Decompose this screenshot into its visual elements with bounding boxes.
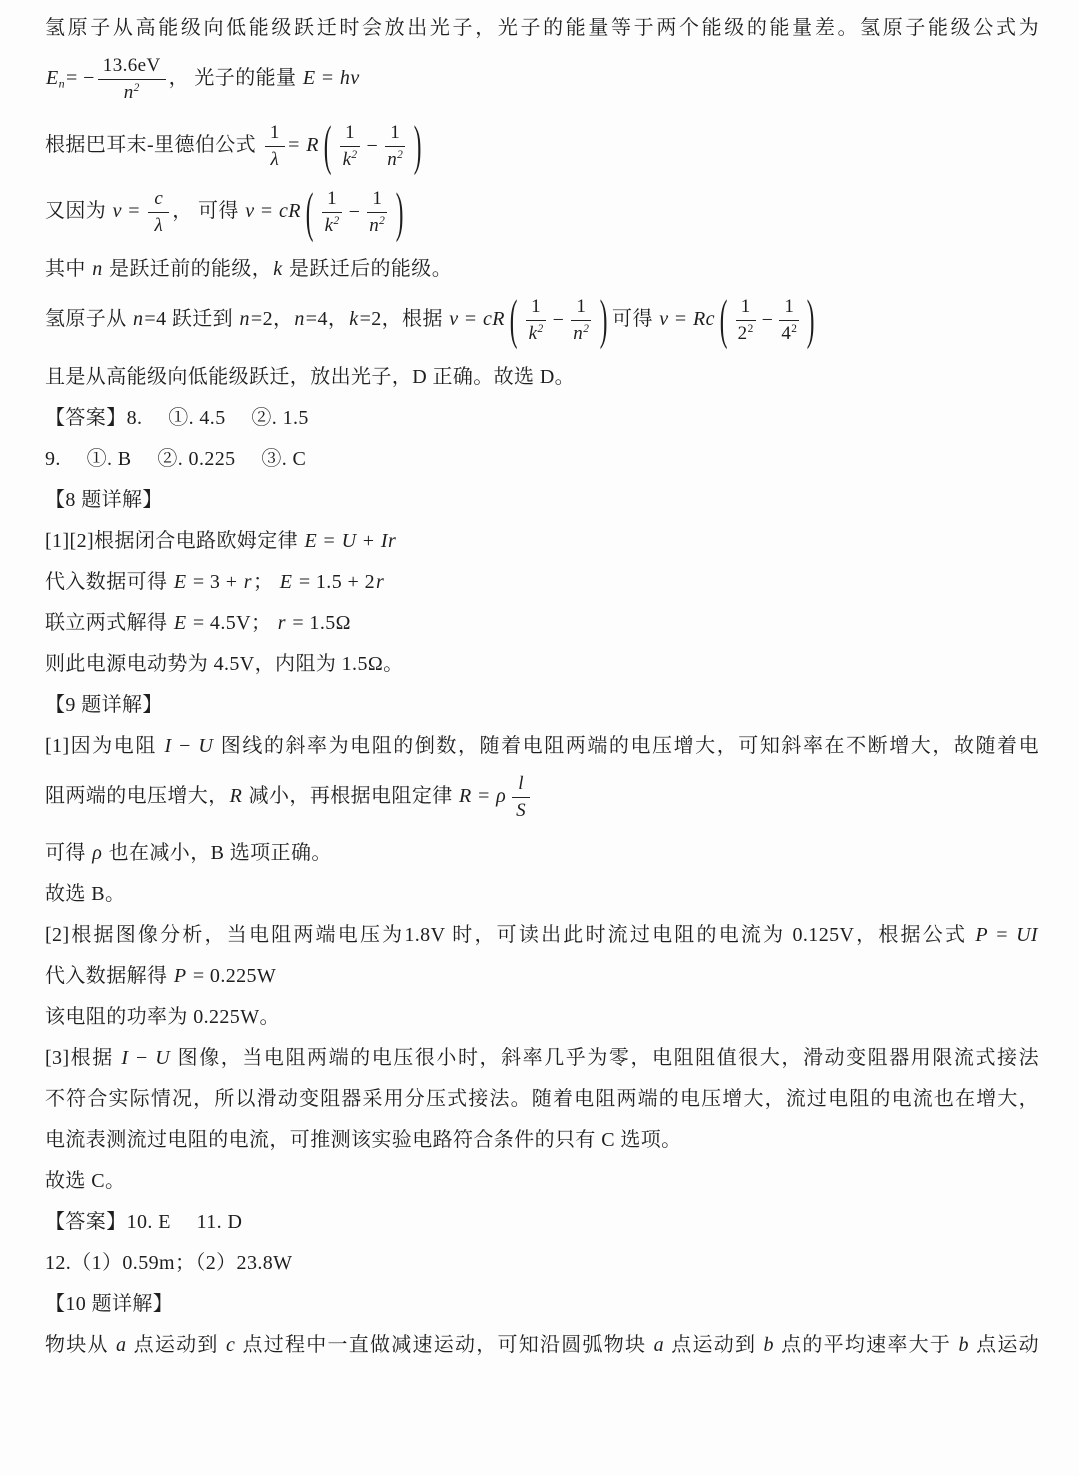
text-run: = − [66, 67, 95, 89]
text-run: = 4.5V； [187, 612, 276, 634]
right-paren-icon: ) [598, 293, 610, 348]
text-run: 代入数据解得 [45, 965, 173, 987]
formula-balmer-rydberg: 根据巴耳末-里德伯公式 1λ= R(1k2−1n2) [45, 122, 1039, 171]
text-run: 阻两端的电压增大， [45, 785, 229, 807]
text-run: 【8 题详解】 [45, 489, 163, 511]
math-variable: ν [244, 200, 255, 222]
math-variable: U [197, 735, 214, 757]
paren-content: 1k2−1n2 [334, 122, 413, 171]
fraction-numerator: 1 [322, 188, 342, 213]
math-variable: ρ [495, 785, 507, 807]
text-run: 则此电源电动势为 4.5V，内阻为 1.5Ω。 [45, 653, 404, 675]
text-run: 氢原子从 [45, 308, 132, 330]
answer-9: 9. ①. B ②. 0.225 ③. C [45, 445, 1039, 474]
text-run: 1 [345, 122, 355, 143]
text-run: =2， [251, 308, 293, 330]
superscript: 2 [134, 82, 140, 94]
superscript: 2 [748, 323, 754, 335]
math-variable: E [303, 530, 318, 552]
text-run: = [288, 134, 305, 156]
math-variable: Ir [380, 530, 397, 552]
text-run: 1 [372, 188, 382, 209]
text-run: =4， [306, 308, 348, 330]
math-variable: n [239, 308, 251, 330]
answer-12: 12.（1）0.59m；（2）23.8W [45, 1249, 1039, 1278]
math-variable: En [45, 67, 66, 89]
text-run: 故选 B。 [45, 883, 125, 905]
right-paren-icon: ) [394, 185, 406, 240]
text-run: + [357, 530, 379, 552]
math-variable: r [277, 612, 287, 634]
answer-8: 【答案】8. ①. 4.5 ②. 1.5 [45, 404, 1039, 433]
fraction-denominator: 42 [776, 321, 802, 345]
text-run: = [123, 200, 145, 222]
para-iu-slope-1: [1]因为电阻 I − U 图线的斜率为电阻的倒数，随着电阻两端的电压增大，可知… [45, 732, 1039, 761]
math-variable: R [305, 134, 320, 156]
para-conclusion-d: 且是从高能级向低能级跃迁，放出光子，D 正确。故选 D。 [45, 363, 1039, 392]
fraction-denominator: n2 [118, 80, 146, 104]
fraction: 1n2 [381, 122, 409, 171]
fraction-numerator: 1 [385, 122, 405, 147]
fraction: cλ [148, 188, 169, 237]
text-run: = [989, 924, 1015, 946]
text-run: 22 [738, 323, 754, 344]
text-run: 【答案】8. ①. 4.5 ②. 1.5 [45, 407, 309, 429]
text-run: = [316, 67, 338, 89]
formula-frequency: 又因为 ν = cλ， 可得 ν = cR(1k2−1n2) [45, 188, 1039, 237]
text-run: 点过程中一直做减速运动，可知沿圆弧物块 [236, 1334, 652, 1356]
text-run: 其中 [45, 258, 91, 280]
math-variable: b [763, 1334, 775, 1356]
text-run: 点运动 [970, 1334, 1039, 1356]
text-run: 也在减小，B 选项正确。 [103, 842, 332, 864]
math-variable: hν [339, 67, 361, 89]
fraction-denominator: S [510, 798, 532, 822]
math-variable: k2 [528, 323, 545, 344]
para-emf-result: 则此电源电动势为 4.5V，内阻为 1.5Ω。 [45, 650, 1039, 679]
fraction-numerator: l [512, 773, 530, 798]
para-circuit-1: [3]根据 I − U 图像，当电阻两端的电压很小时，斜率几乎为零，电阻阻值很大… [45, 1044, 1039, 1073]
text-run: [3]根据 [45, 1047, 120, 1069]
text-run: [1]因为电阻 [45, 735, 164, 757]
fraction-denominator: n2 [567, 321, 595, 345]
fraction: 1λ [264, 122, 285, 171]
superscript: 2 [538, 323, 544, 335]
superscript: 2 [583, 323, 589, 335]
paren-group: (1k2−1n2) [508, 296, 610, 345]
text-run: 图像，当电阻两端的电压很小时，斜率几乎为零，电阻阻值很大，滑动变阻器用限流式接法 [171, 1047, 1039, 1069]
math-variable: ν [448, 308, 459, 330]
text-run: 物块从 [45, 1334, 115, 1356]
para-circuit-2: 不符合实际情况，所以滑动变阻器采用分压式接法。随着电阻两端的电压增大，流过电阻的… [45, 1085, 1039, 1114]
math-variable: E [173, 612, 188, 634]
document-content: 氢原子从高能级向低能级跃迁时会放出光子，光子的能量等于两个能级的能量差。氢原子能… [45, 14, 1039, 1360]
text-run: 根据巴耳末-里德伯公式 [45, 134, 261, 156]
fraction: 122 [733, 296, 759, 345]
math-variable: ρ [91, 842, 103, 864]
text-run: 代入数据可得 [45, 571, 173, 593]
text-run: = 3 + [187, 571, 242, 593]
right-paren-icon: ) [805, 293, 817, 348]
text-run: − [173, 735, 198, 757]
heading-explain-9: 【9 题详解】 [45, 691, 1039, 720]
paren-group: (122−142) [718, 296, 817, 345]
text-run: 故选 C。 [45, 1170, 125, 1192]
math-variable: n2 [368, 215, 386, 236]
text-run: ， 可得 [172, 200, 244, 222]
formula-energy-level: En= −13.6eVn2， 光子的能量 E = hν [45, 55, 1039, 104]
math-variable: k2 [342, 149, 359, 170]
text-run: 点的平均速率大于 [775, 1334, 958, 1356]
text-run: − [762, 306, 774, 335]
para-choose-c: 故选 C。 [45, 1167, 1039, 1196]
fraction-numerator: 1 [367, 188, 387, 213]
math-variable: n2 [386, 149, 404, 170]
text-run: 且是从高能级向低能级跃迁，放出光子，D 正确。故选 D。 [45, 366, 575, 388]
math-variable: λ [153, 215, 164, 236]
text-run: [1][2]根据闭合电路欧姆定律 [45, 530, 303, 552]
fraction-numerator: 1 [526, 296, 546, 321]
fraction-numerator: 1 [779, 296, 799, 321]
text-run: 电流表测流过电阻的电流，可推测该实验电路符合条件的只有 C 选项。 [45, 1129, 682, 1151]
math-variable: n [91, 258, 103, 280]
fraction: 1k2 [523, 296, 550, 345]
para-power-solve: 代入数据解得 P = 0.225W [45, 962, 1039, 991]
subscript: n [59, 77, 65, 91]
superscript: 2 [351, 149, 357, 161]
text-run: 1 [390, 122, 400, 143]
text-run: 【答案】10. E 11. D [45, 1211, 242, 1233]
text-run: 1 [327, 188, 337, 209]
math-variable: S [515, 800, 527, 821]
fraction: 1k2 [319, 188, 346, 237]
fraction: 13.6eVn2 [98, 55, 166, 104]
para-solve-emf: 联立两式解得 E = 4.5V； r = 1.5Ω [45, 609, 1039, 638]
fraction-denominator: λ [148, 213, 169, 237]
para-circuit-3: 电流表测流过电阻的电流，可推测该实验电路符合条件的只有 C 选项。 [45, 1126, 1039, 1155]
heading-explain-8: 【8 题详解】 [45, 486, 1039, 515]
paren-content: 122−142 [730, 296, 806, 345]
math-variable: Rc [692, 308, 716, 330]
fraction: 1n2 [567, 296, 595, 345]
fraction-denominator: n2 [381, 147, 409, 171]
math-variable: cR [482, 308, 506, 330]
paren-content: 1k2−1n2 [520, 296, 599, 345]
fraction-numerator: c [148, 188, 169, 213]
text-run: 该电阻的功率为 0.225W。 [45, 1006, 280, 1028]
math-variable: k [272, 258, 283, 280]
math-variable: b [957, 1334, 969, 1356]
math-variable: c [225, 1334, 236, 1356]
text-run: 13.6eV [103, 55, 161, 76]
math-variable: λ [269, 149, 280, 170]
math-variable: n2 [572, 323, 590, 344]
para-ohm-law: [1][2]根据闭合电路欧姆定律 E = U + Ir [45, 527, 1039, 556]
text-run: 不符合实际情况，所以滑动变阻器采用分压式接法。随着电阻两端的电压增大，流过电阻的… [45, 1088, 1039, 1110]
math-variable: R [458, 785, 473, 807]
text-run: 12.（1）0.59m；（2）23.8W [45, 1252, 292, 1274]
text-run: 又因为 [45, 200, 112, 222]
text-run: 联立两式解得 [45, 612, 173, 634]
math-variable: ν [112, 200, 123, 222]
math-variable: n2 [123, 82, 141, 103]
text-run: 1 [576, 296, 586, 317]
math-variable: E [302, 67, 317, 89]
text-run: 9. ①. B ②. 0.225 ③. C [45, 448, 306, 470]
text-run: [2]根据图像分析，当电阻两端电压为1.8V 时，可读出此时流过电阻的电流为 0… [45, 924, 974, 946]
left-paren-icon: ( [718, 293, 730, 348]
text-run: ； [253, 571, 279, 593]
text-run: = [473, 785, 495, 807]
fraction: lS [510, 773, 532, 822]
math-variable: P [974, 924, 989, 946]
document-page: 氢原子从高能级向低能级跃迁时会放出光子，光子的能量等于两个能级的能量差。氢原子能… [0, 0, 1079, 1476]
math-variable: k2 [324, 215, 341, 236]
text-run: =4 跃迁到 [144, 308, 238, 330]
para-power-result: 该电阻的功率为 0.225W。 [45, 1003, 1039, 1032]
text-run: 是跃迁后的能级。 [284, 258, 453, 280]
text-run: − [129, 1047, 154, 1069]
fraction-numerator: 1 [736, 296, 756, 321]
text-run: 可得 [612, 308, 658, 330]
text-run: = 1.5Ω [287, 612, 351, 634]
text-run: 点运动到 [127, 1334, 225, 1356]
text-run: − [553, 306, 565, 335]
fraction: 1k2 [337, 122, 364, 171]
paren-group: (1k2−1n2) [304, 188, 406, 237]
para-photon-intro: 氢原子从高能级向低能级跃迁时会放出光子，光子的能量等于两个能级的能量差。氢原子能… [45, 14, 1039, 43]
text-run: =2，根据 [360, 308, 449, 330]
fraction-numerator: 1 [571, 296, 591, 321]
text-run: = 1.5 + 2 [293, 571, 375, 593]
text-run: 1 [531, 296, 541, 317]
math-variable: E [279, 571, 294, 593]
fraction-denominator: n2 [363, 213, 391, 237]
text-run: 减小，再根据电阻定律 [243, 785, 458, 807]
text-run: = [256, 200, 278, 222]
text-run: 【9 题详解】 [45, 694, 163, 716]
fraction: 142 [776, 296, 802, 345]
fraction-numerator: 13.6eV [98, 55, 166, 80]
para-power-read: [2]根据图像分析，当电阻两端电压为1.8V 时，可读出此时流过电阻的电流为 0… [45, 921, 1039, 950]
superscript: 2 [379, 215, 385, 227]
math-variable: cR [278, 200, 302, 222]
fraction-denominator: 22 [733, 321, 759, 345]
text-run: 42 [781, 323, 797, 344]
math-variable: a [115, 1334, 127, 1356]
math-variable: ν [658, 308, 669, 330]
math-variable: r [243, 571, 253, 593]
heading-explain-10: 【10 题详解】 [45, 1290, 1039, 1319]
math-variable: P [173, 965, 188, 987]
math-variable: a [653, 1334, 665, 1356]
para-block-motion: 物块从 a 点运动到 c 点过程中一直做减速运动，可知沿圆弧物块 a 点运动到 … [45, 1331, 1039, 1360]
answer-10-11: 【答案】10. E 11. D [45, 1208, 1039, 1237]
superscript: 2 [791, 323, 797, 335]
math-variable: U [154, 1047, 171, 1069]
para-level-definition: 其中 n 是跃迁前的能级，k 是跃迁后的能级。 [45, 255, 1039, 284]
text-run: − [349, 198, 361, 227]
superscript: 2 [397, 149, 403, 161]
text-run: 点运动到 [665, 1334, 763, 1356]
math-variable: l [517, 773, 525, 794]
left-paren-icon: ( [322, 119, 334, 174]
text-run: 【10 题详解】 [45, 1293, 173, 1315]
text-run: 1 [741, 296, 751, 317]
math-variable: U [341, 530, 358, 552]
text-run: = [670, 308, 692, 330]
paren-group: (1k2−1n2) [322, 122, 424, 171]
math-variable: E [173, 571, 188, 593]
fraction-numerator: 1 [340, 122, 360, 147]
para-substitute-data: 代入数据可得 E = 3 + r； E = 1.5 + 2r [45, 568, 1039, 597]
text-run: 可得 [45, 842, 91, 864]
formula-transition-n4-n2: 氢原子从 n=4 跃迁到 n=2，n=4，k=2，根据 ν = cR(1k2−1… [45, 296, 1039, 345]
superscript: 2 [333, 215, 339, 227]
math-variable: n [293, 308, 305, 330]
math-variable: k [348, 308, 359, 330]
text-run: − [367, 132, 379, 161]
para-choose-b: 故选 B。 [45, 880, 1039, 909]
text-run: ， 光子的能量 [169, 67, 302, 89]
fraction: 1n2 [363, 188, 391, 237]
formula-resistance-law: 阻两端的电压增大，R 减小，再根据电阻定律 R = ρlS [45, 773, 1039, 822]
fraction-numerator: 1 [265, 122, 285, 147]
math-variable: I [164, 735, 173, 757]
text-run: 图线的斜率为电阻的倒数，随着电阻两端的电压增大，可知斜率在不断增大，故随着电 [214, 735, 1039, 757]
fraction-denominator: k2 [319, 213, 346, 237]
math-variable: r [375, 571, 385, 593]
text-run: = 0.225W [187, 965, 276, 987]
fraction-denominator: k2 [523, 321, 550, 345]
left-paren-icon: ( [304, 185, 316, 240]
math-variable: n [132, 308, 144, 330]
text-run: 是跃迁前的能级， [104, 258, 273, 280]
text-run: 1 [784, 296, 794, 317]
left-paren-icon: ( [508, 293, 520, 348]
para-rho-decrease: 可得 ρ 也在减小，B 选项正确。 [45, 839, 1039, 868]
math-variable: R [229, 785, 244, 807]
text-run: = [318, 530, 340, 552]
math-variable: UI [1015, 924, 1039, 946]
text-run: 1 [270, 122, 280, 143]
right-paren-icon: ) [412, 119, 424, 174]
text-run: 氢原子从高能级向低能级跃迁时会放出光子，光子的能量等于两个能级的能量差。氢原子能… [45, 17, 1039, 39]
fraction-denominator: λ [264, 147, 285, 171]
math-variable: c [153, 188, 164, 209]
text-run: = [460, 308, 482, 330]
fraction-denominator: k2 [337, 147, 364, 171]
paren-content: 1k2−1n2 [316, 188, 395, 237]
